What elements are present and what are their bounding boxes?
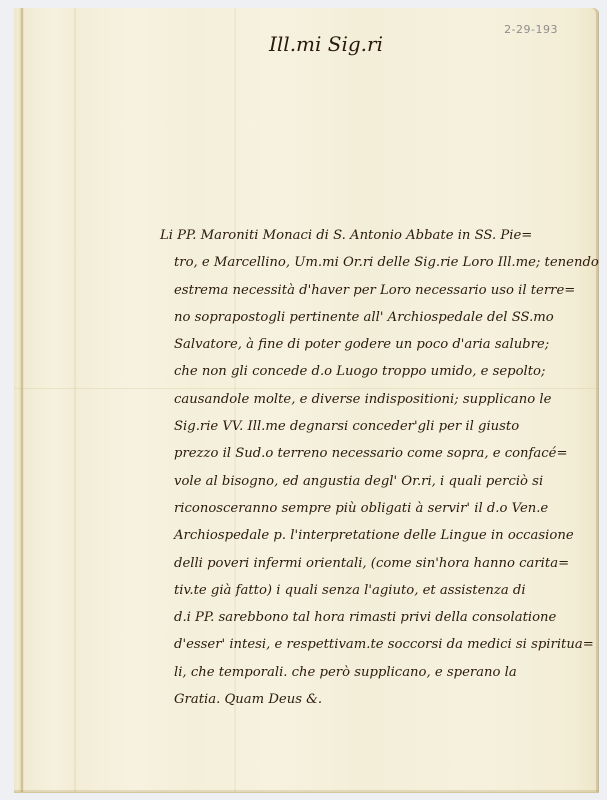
text-line: Gratia. Quam Deus &.: [160, 686, 600, 713]
salutation: Ill.mi Sig.ri: [14, 32, 598, 56]
text-line: li, che temporali. che però supplicano, …: [160, 659, 600, 686]
text-line: riconosceranno sempre più obligati à ser…: [160, 495, 600, 522]
text-line: delli poveri infermi orientali, (come si…: [160, 550, 600, 577]
text-line: che non gli concede d.o Luogo troppo umi…: [160, 358, 600, 385]
scanned-page: 2-29-193 Ill.mi Sig.ri Li PP. Maroniti M…: [0, 0, 607, 800]
text-line: causandole molte, e diverse indispositio…: [160, 386, 600, 413]
text-line: d'esser' intesi, e respettivam.te soccor…: [160, 631, 600, 658]
text-line: d.i PP. sarebbono tal hora rimasti privi…: [160, 604, 600, 631]
text-line: Sig.rie VV. Ill.me degnarsi conceder'gli…: [160, 413, 600, 440]
vertical-crease: [74, 8, 76, 792]
text-line: prezzo il Sud.o terreno necessario come …: [160, 440, 600, 467]
text-line: tiv.te già fatto) i quali senza l'agiuto…: [160, 577, 600, 604]
text-line: tro, e Marcellino, Um.mi Or.ri delle Sig…: [160, 249, 600, 276]
text-line: Archiospedale p. l'interpretatione delle…: [160, 522, 600, 549]
text-line: estrema necessità d'haver per Loro neces…: [160, 277, 600, 304]
text-line: no soprapostogli pertinente all' Archios…: [160, 304, 600, 331]
text-line: Li PP. Maroniti Monaci di S. Antonio Abb…: [160, 222, 600, 249]
manuscript-body: Li PP. Maroniti Monaci di S. Antonio Abb…: [160, 222, 600, 713]
left-fold-crease: [21, 8, 23, 792]
text-line: vole al bisogno, ed angustia degl' Or.ri…: [160, 468, 600, 495]
text-line: Salvatore, à fine di poter godere un poc…: [160, 331, 600, 358]
